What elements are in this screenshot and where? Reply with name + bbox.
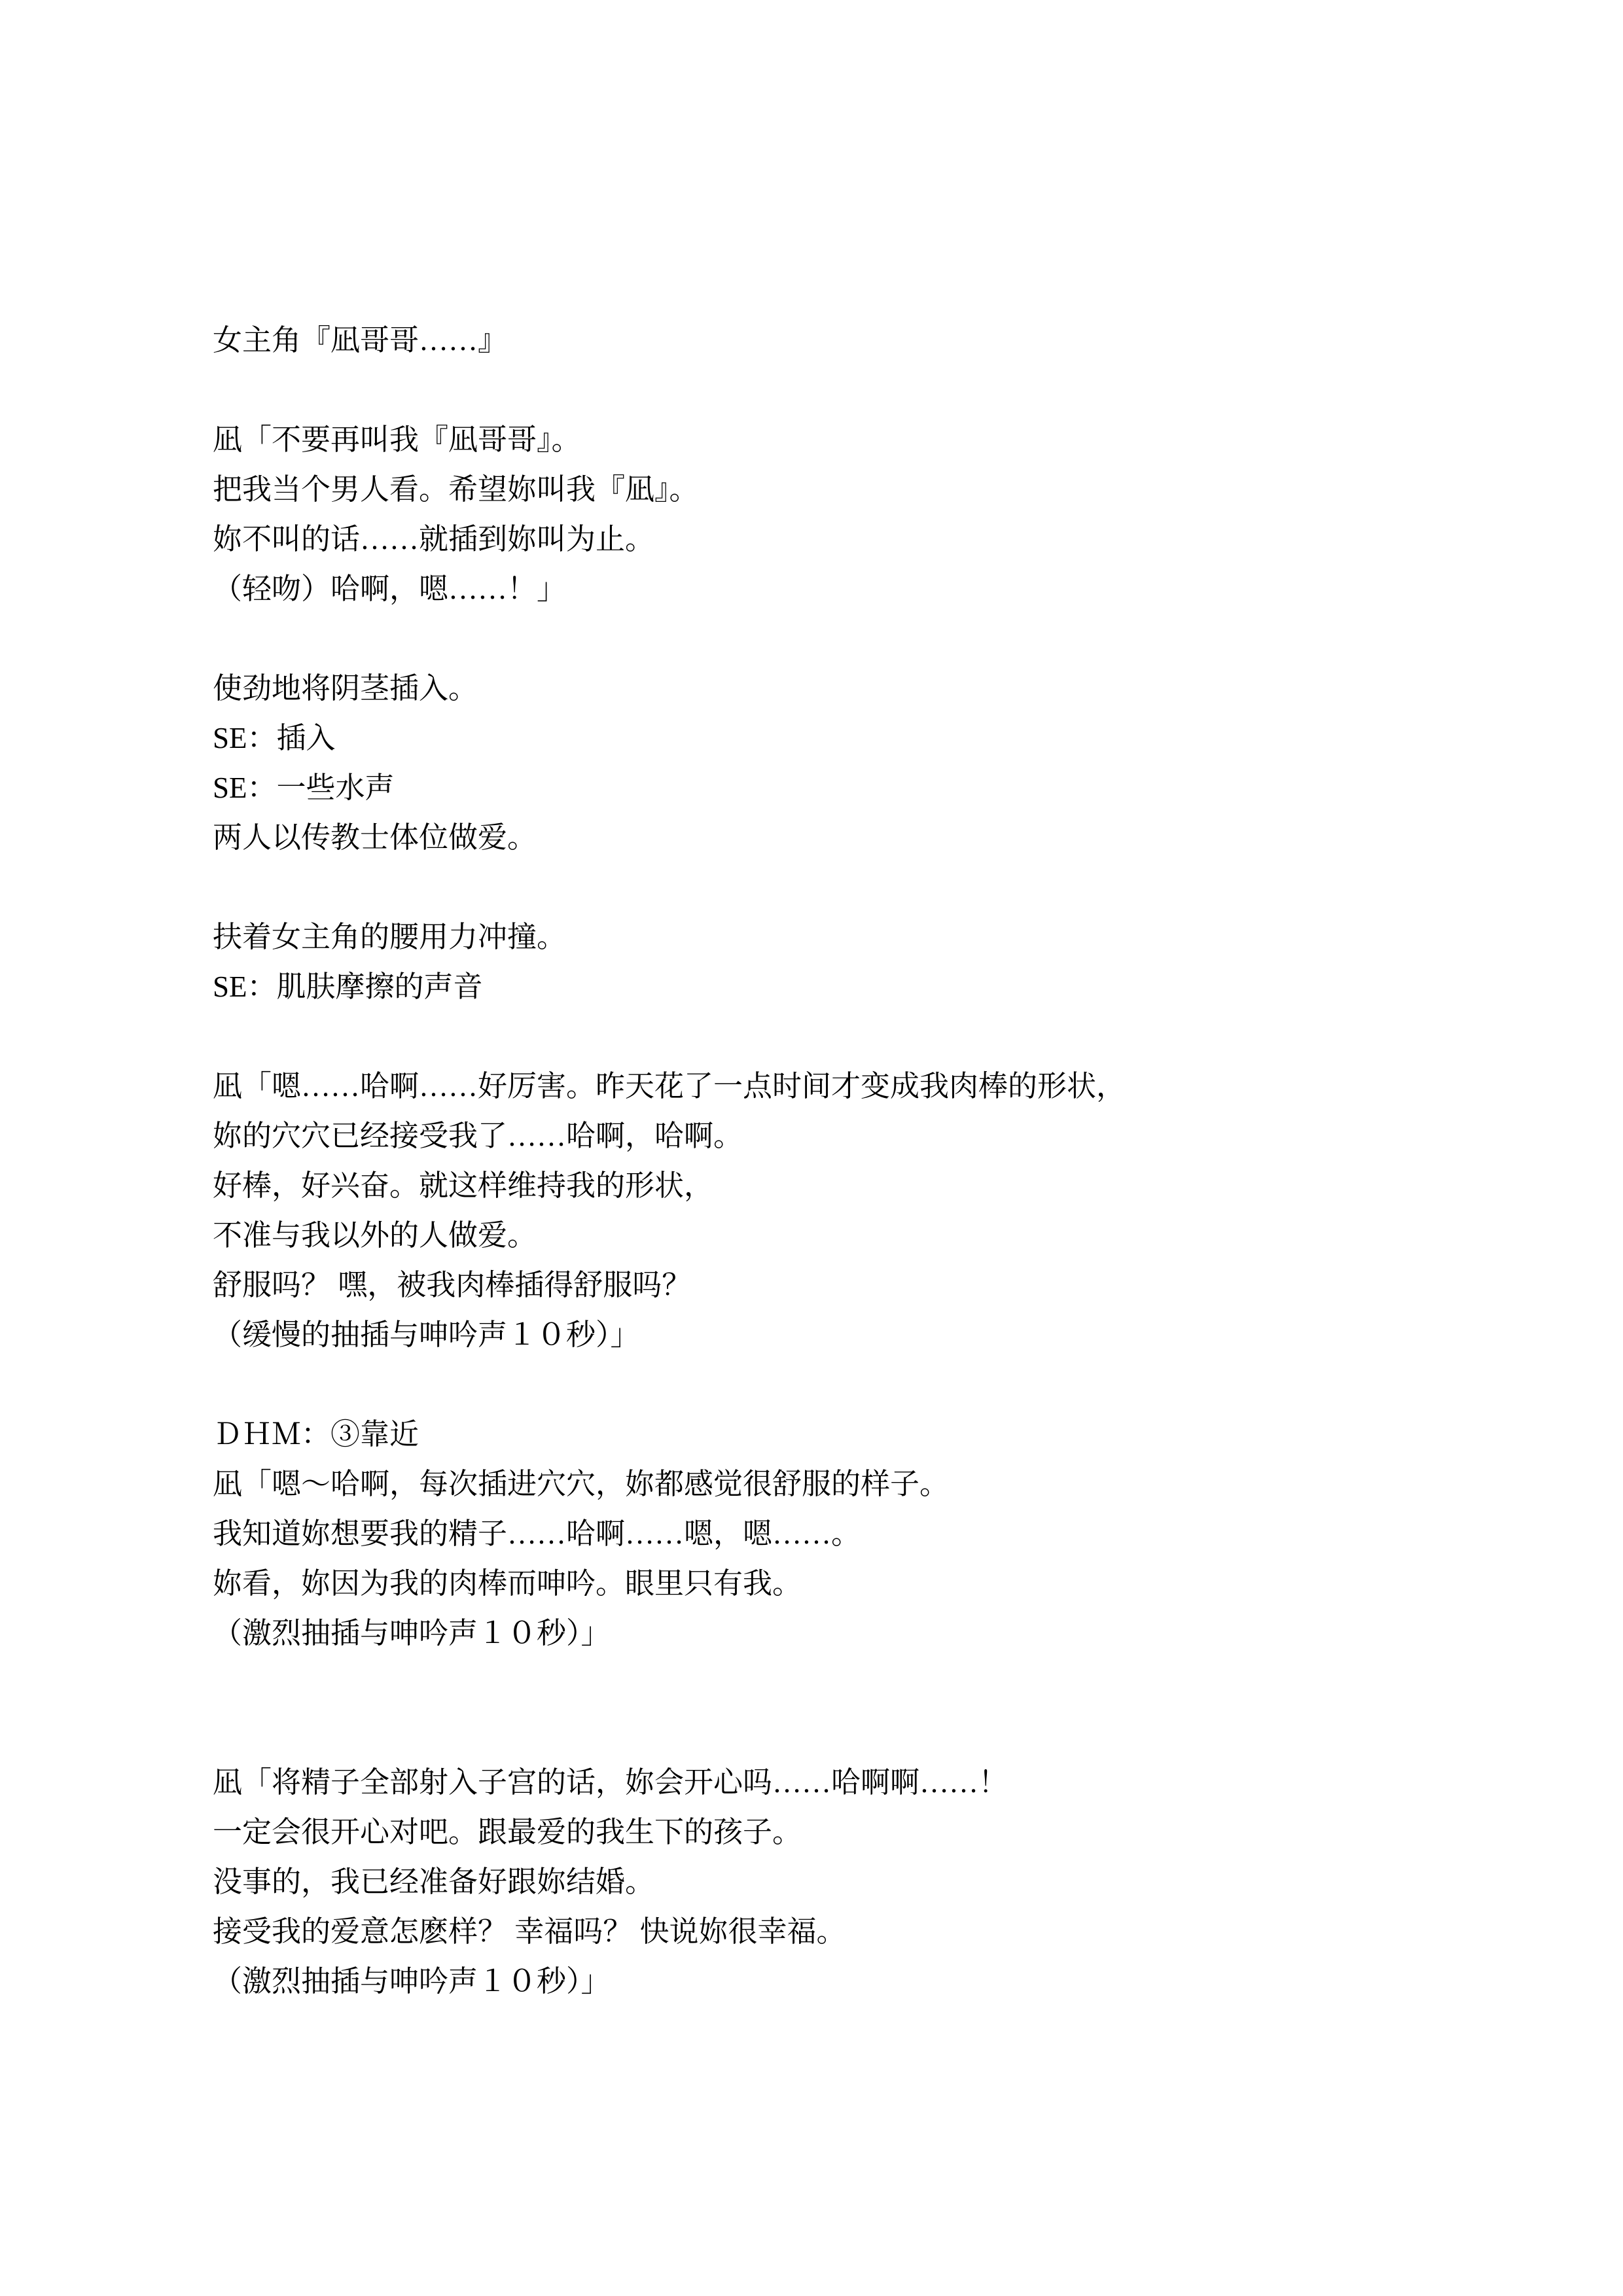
text-line: 扶着女主角的腰用力冲撞。: [213, 912, 1440, 962]
text-line: 凪「将精子全部射入子宫的话，妳会开心吗……哈啊啊……！: [213, 1757, 1440, 1807]
text-line: 妳看，妳因为我的肉棒而呻吟。眼里只有我。: [213, 1559, 1440, 1608]
paragraph: 凪「嗯……哈啊……好厉害。昨天花了一点时间才变成我肉棒的形状， 妳的穴穴已经接受…: [213, 1061, 1440, 1360]
text-line: 没事的，我已经准备好跟妳结婚。: [213, 1857, 1440, 1907]
text-line: 接受我的爱意怎麽样？ 幸福吗？ 快说妳很幸福。: [213, 1907, 1440, 1956]
text-line: SE：肌肤摩擦的声音: [213, 962, 1440, 1012]
text-line: 把我当个男人看。希望妳叫我『凪』。: [213, 465, 1440, 514]
text-line: （轻吻）哈啊，嗯……！」: [213, 564, 1440, 614]
text-line: SE：插入: [213, 713, 1440, 763]
text-line: 不准与我以外的人做爱。: [213, 1210, 1440, 1260]
text-line: 一定会很开心对吧。跟最爱的我生下的孩子。: [213, 1807, 1440, 1857]
paragraph: 凪「将精子全部射入子宫的话，妳会开心吗……哈啊啊……！ 一定会很开心对吧。跟最爱…: [213, 1757, 1440, 2006]
paragraph: 扶着女主角的腰用力冲撞。 SE：肌肤摩擦的声音: [213, 912, 1440, 1012]
text-line: （激烈抽插与呻吟声１０秒）」: [213, 1956, 1440, 2006]
text-line: 我知道妳想要我的精子……哈啊……嗯，嗯……。: [213, 1509, 1440, 1559]
text-line: 凪「嗯～哈啊，每次插进穴穴，妳都感觉很舒服的样子。: [213, 1459, 1440, 1509]
text-line: ＤＨＭ：③靠近: [213, 1409, 1440, 1459]
text-line: 两人以传教士体位做爱。: [213, 813, 1440, 862]
text-line: 舒服吗？ 嘿，被我肉棒插得舒服吗？: [213, 1260, 1440, 1310]
text-line: （激烈抽插与呻吟声１０秒）」: [213, 1608, 1440, 1658]
paragraph: 凪「不要再叫我『凪哥哥』。 把我当个男人看。希望妳叫我『凪』。 妳不叫的话……就…: [213, 415, 1440, 614]
paragraph: 使劲地将阴茎插入。 SE：插入 SE：一些水声 两人以传教士体位做爱。: [213, 663, 1440, 862]
text-line: 妳的穴穴已经接受我了……哈啊，哈啊。: [213, 1111, 1440, 1161]
text-line: 凪「嗯……哈啊……好厉害。昨天花了一点时间才变成我肉棒的形状，: [213, 1061, 1440, 1111]
text-line: 妳不叫的话……就插到妳叫为止。: [213, 514, 1440, 564]
document-page: 女主角『凪哥哥……』 凪「不要再叫我『凪哥哥』。 把我当个男人看。希望妳叫我『凪…: [0, 0, 1623, 2296]
text-line: 凪「不要再叫我『凪哥哥』。: [213, 415, 1440, 465]
text-line: 使劲地将阴茎插入。: [213, 663, 1440, 713]
text-line: 好棒，好兴奋。就这样维持我的形状，: [213, 1161, 1440, 1210]
text-line: 女主角『凪哥哥……』: [213, 315, 1440, 365]
text-line: SE：一些水声: [213, 763, 1440, 813]
text-line: （缓慢的抽插与呻吟声１０秒）」: [213, 1310, 1440, 1360]
paragraph: 女主角『凪哥哥……』: [213, 315, 1440, 365]
paragraph: ＤＨＭ：③靠近 凪「嗯～哈啊，每次插进穴穴，妳都感觉很舒服的样子。 我知道妳想要…: [213, 1409, 1440, 1658]
